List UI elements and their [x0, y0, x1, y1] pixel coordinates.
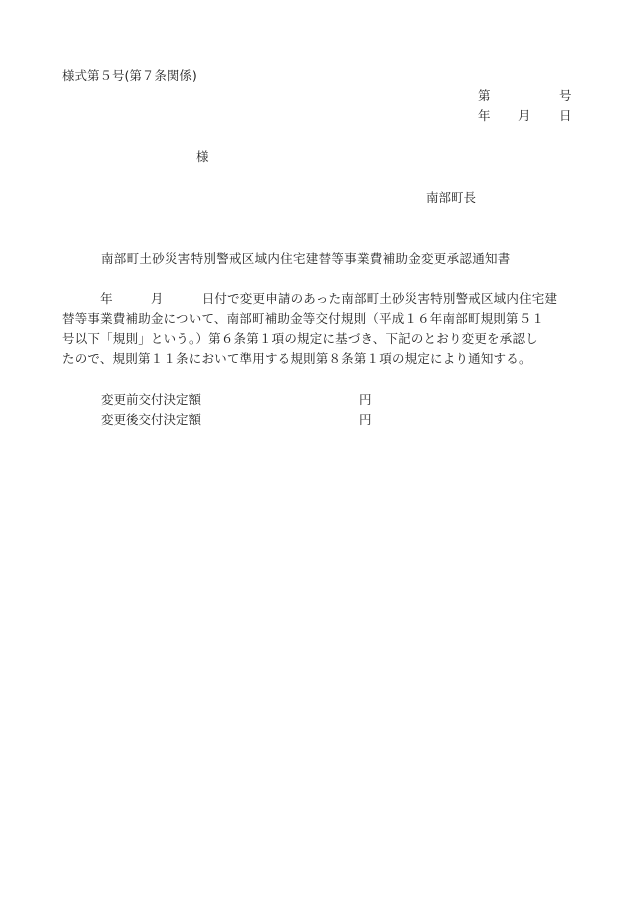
amount-after-unit: 円 — [359, 414, 372, 427]
body-line: たので、規則第１１条において準用する規則第８条第１項の規定により通知する。 — [62, 353, 532, 366]
body-line: 替等事業費補助金について、南部町補助金等交付規則（平成１６年南部町規則第５１ — [62, 313, 544, 326]
document-title: 南部町土砂災害特別警戒区域内住宅建替等事業費補助金変更承認通知書 — [101, 253, 511, 266]
amount-after-label: 変更後交付決定額 — [101, 414, 201, 427]
date-month: 月 — [518, 110, 531, 123]
amount-before-unit: 円 — [359, 394, 372, 407]
issuer-name: 南部町長 — [426, 192, 476, 205]
body-line: 年 月 日付で変更申請のあった南部町土砂災害特別警戒区域内住宅建 — [62, 293, 557, 306]
doc-number-suffix: 号 — [559, 90, 572, 103]
amount-before-label: 変更前交付決定額 — [101, 394, 201, 407]
date-day: 日 — [559, 110, 572, 123]
doc-number-prefix: 第 — [478, 90, 491, 103]
form-number: 様式第５号(第７条関係) — [62, 70, 197, 83]
body-line: 号以下「規則」という。）第６条第１項の規定に基づき、下記のとおり変更を承認し — [62, 333, 538, 346]
addressee-suffix: 様 — [196, 151, 209, 164]
date-year: 年 — [478, 110, 491, 123]
